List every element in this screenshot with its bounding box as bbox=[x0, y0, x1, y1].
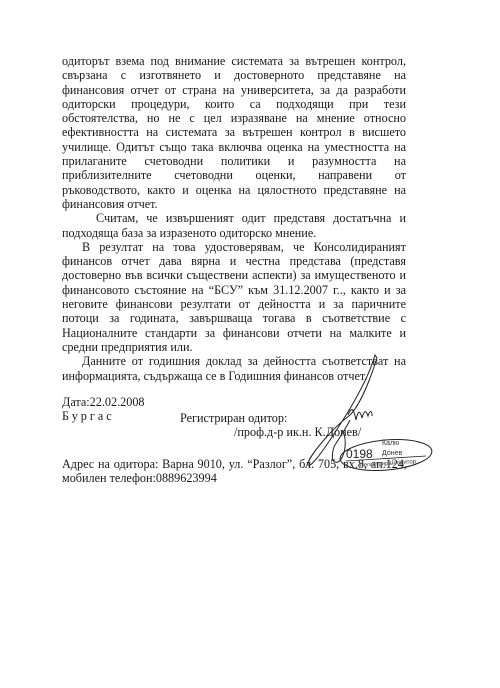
paragraph-sufficiency: Считам, че извършеният одит представя до… bbox=[62, 211, 406, 240]
stamp-number: 0198 bbox=[346, 447, 373, 461]
date-text: Дата:22.02.2008 bbox=[62, 395, 145, 409]
document-body: одиторът взема под внимание системата за… bbox=[62, 54, 406, 383]
auditor-block: Регистриран одитор: /проф.д-р ик.н. К.До… bbox=[180, 411, 361, 440]
paragraph-opinion: В резултат на това удостоверявам, че Кон… bbox=[62, 240, 406, 354]
auditor-name: /проф.д-р ик.н. К.Донев/ bbox=[180, 425, 361, 439]
paragraph-audit-scope: одиторът взема под внимание системата за… bbox=[62, 54, 406, 211]
stamp-first-name: Калю bbox=[382, 440, 399, 447]
date-place-block: Дата:22.02.2008 Бургас bbox=[62, 395, 145, 424]
stamp-last-name: Донев bbox=[382, 450, 402, 457]
auditor-label: Регистриран одитор: bbox=[180, 411, 361, 425]
phone-line: мобилен телефон:0889623994 bbox=[62, 471, 407, 485]
city-text: Бургас bbox=[62, 409, 145, 423]
paragraph-annual-report: Данните от годишния доклад за дейността … bbox=[62, 354, 406, 383]
auditor-stamp: 0198 Калю Донев Регистриран одитор bbox=[338, 437, 434, 473]
